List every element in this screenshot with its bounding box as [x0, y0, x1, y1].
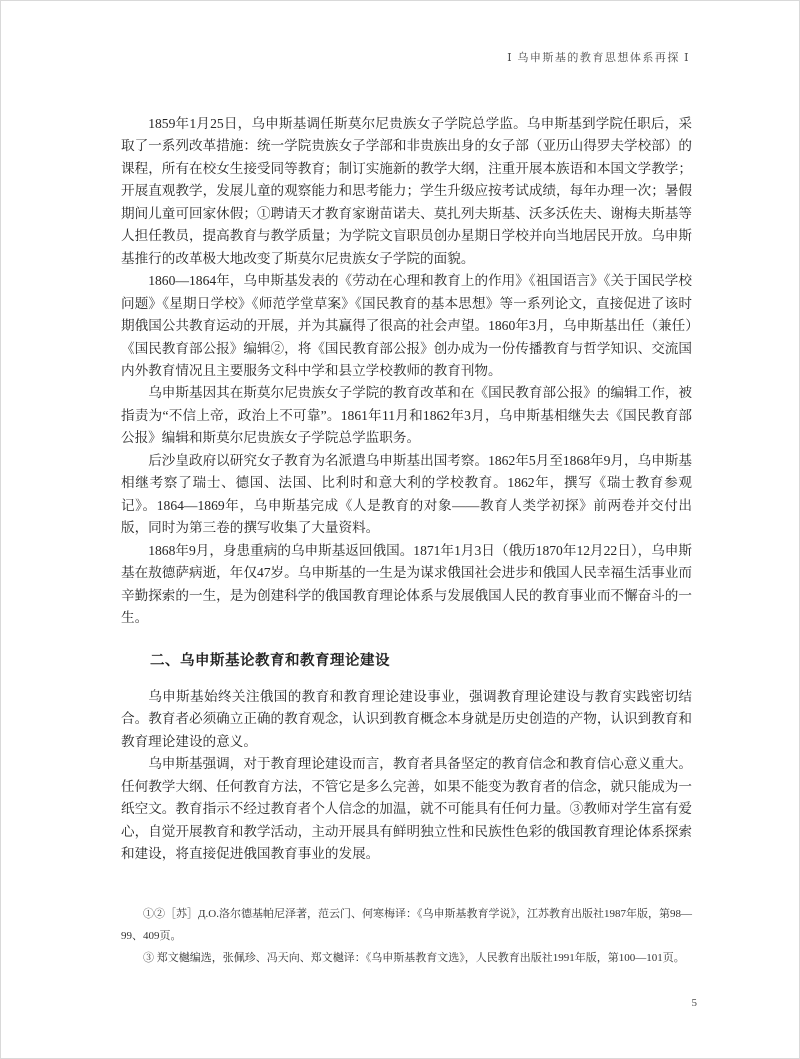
paragraph-biography-abroad: 后沙皇政府以研究女子教育为名派遣乌申斯基出国考察。1862年5月至1868年9月… — [121, 450, 692, 540]
footnote-1: ①②［苏］Д.О.洛尔德基帕尼泽著，范云门、何寒梅译：《乌申斯基教育学说》，江苏… — [121, 904, 692, 948]
running-header: Ⅰ 乌申斯基的教育思想体系再探 Ⅰ — [507, 49, 690, 65]
paragraph-biography-dismissal: 乌申斯基因其在斯莫尔尼贵族女子学院的教育改革和在《国民教育部公报》的编辑工作，被… — [121, 382, 692, 449]
body-text: 1859年1月25日，乌申斯基调任斯莫尔尼贵族女子学院总学监。乌申斯基到学院任职… — [121, 113, 692, 866]
book-page: Ⅰ 乌申斯基的教育思想体系再探 Ⅰ 1859年1月25日，乌申斯基调任斯莫尔尼贵… — [0, 0, 800, 1059]
paragraph-biography-1860-1864: 1860—1864年，乌申斯基发表的《劳动在心理和教育上的作用》《祖国语言》《关… — [121, 270, 692, 382]
paragraph-biography-1859: 1859年1月25日，乌申斯基调任斯莫尔尼贵族女子学院总学监。乌申斯基到学院任职… — [121, 113, 692, 270]
footnotes: ①②［苏］Д.О.洛尔德基帕尼泽著，范云门、何寒梅译：《乌申斯基教育学说》，江苏… — [121, 904, 692, 969]
paragraph-theory-2: 乌申斯基强调，对于教育理论建设而言，教育者具备坚定的教育信念和教育信心意义重大。… — [121, 753, 692, 865]
paragraph-biography-death: 1868年9月，身患重病的乌申斯基返回俄国。1871年1月3日（俄历1870年1… — [121, 540, 692, 630]
section-heading: 二、乌申斯基论教育和教育理论建设 — [121, 650, 692, 672]
paragraph-theory-1: 乌申斯基始终关注俄国的教育和教育理论建设事业，强调教育理论建设与教育实践密切结合… — [121, 686, 692, 753]
page-number: 5 — [692, 997, 698, 1009]
footnote-2: ③ 郑文樾编选，张佩珍、冯天向、郑文樾译：《乌申斯基教育文选》，人民教育出版社1… — [121, 948, 692, 970]
